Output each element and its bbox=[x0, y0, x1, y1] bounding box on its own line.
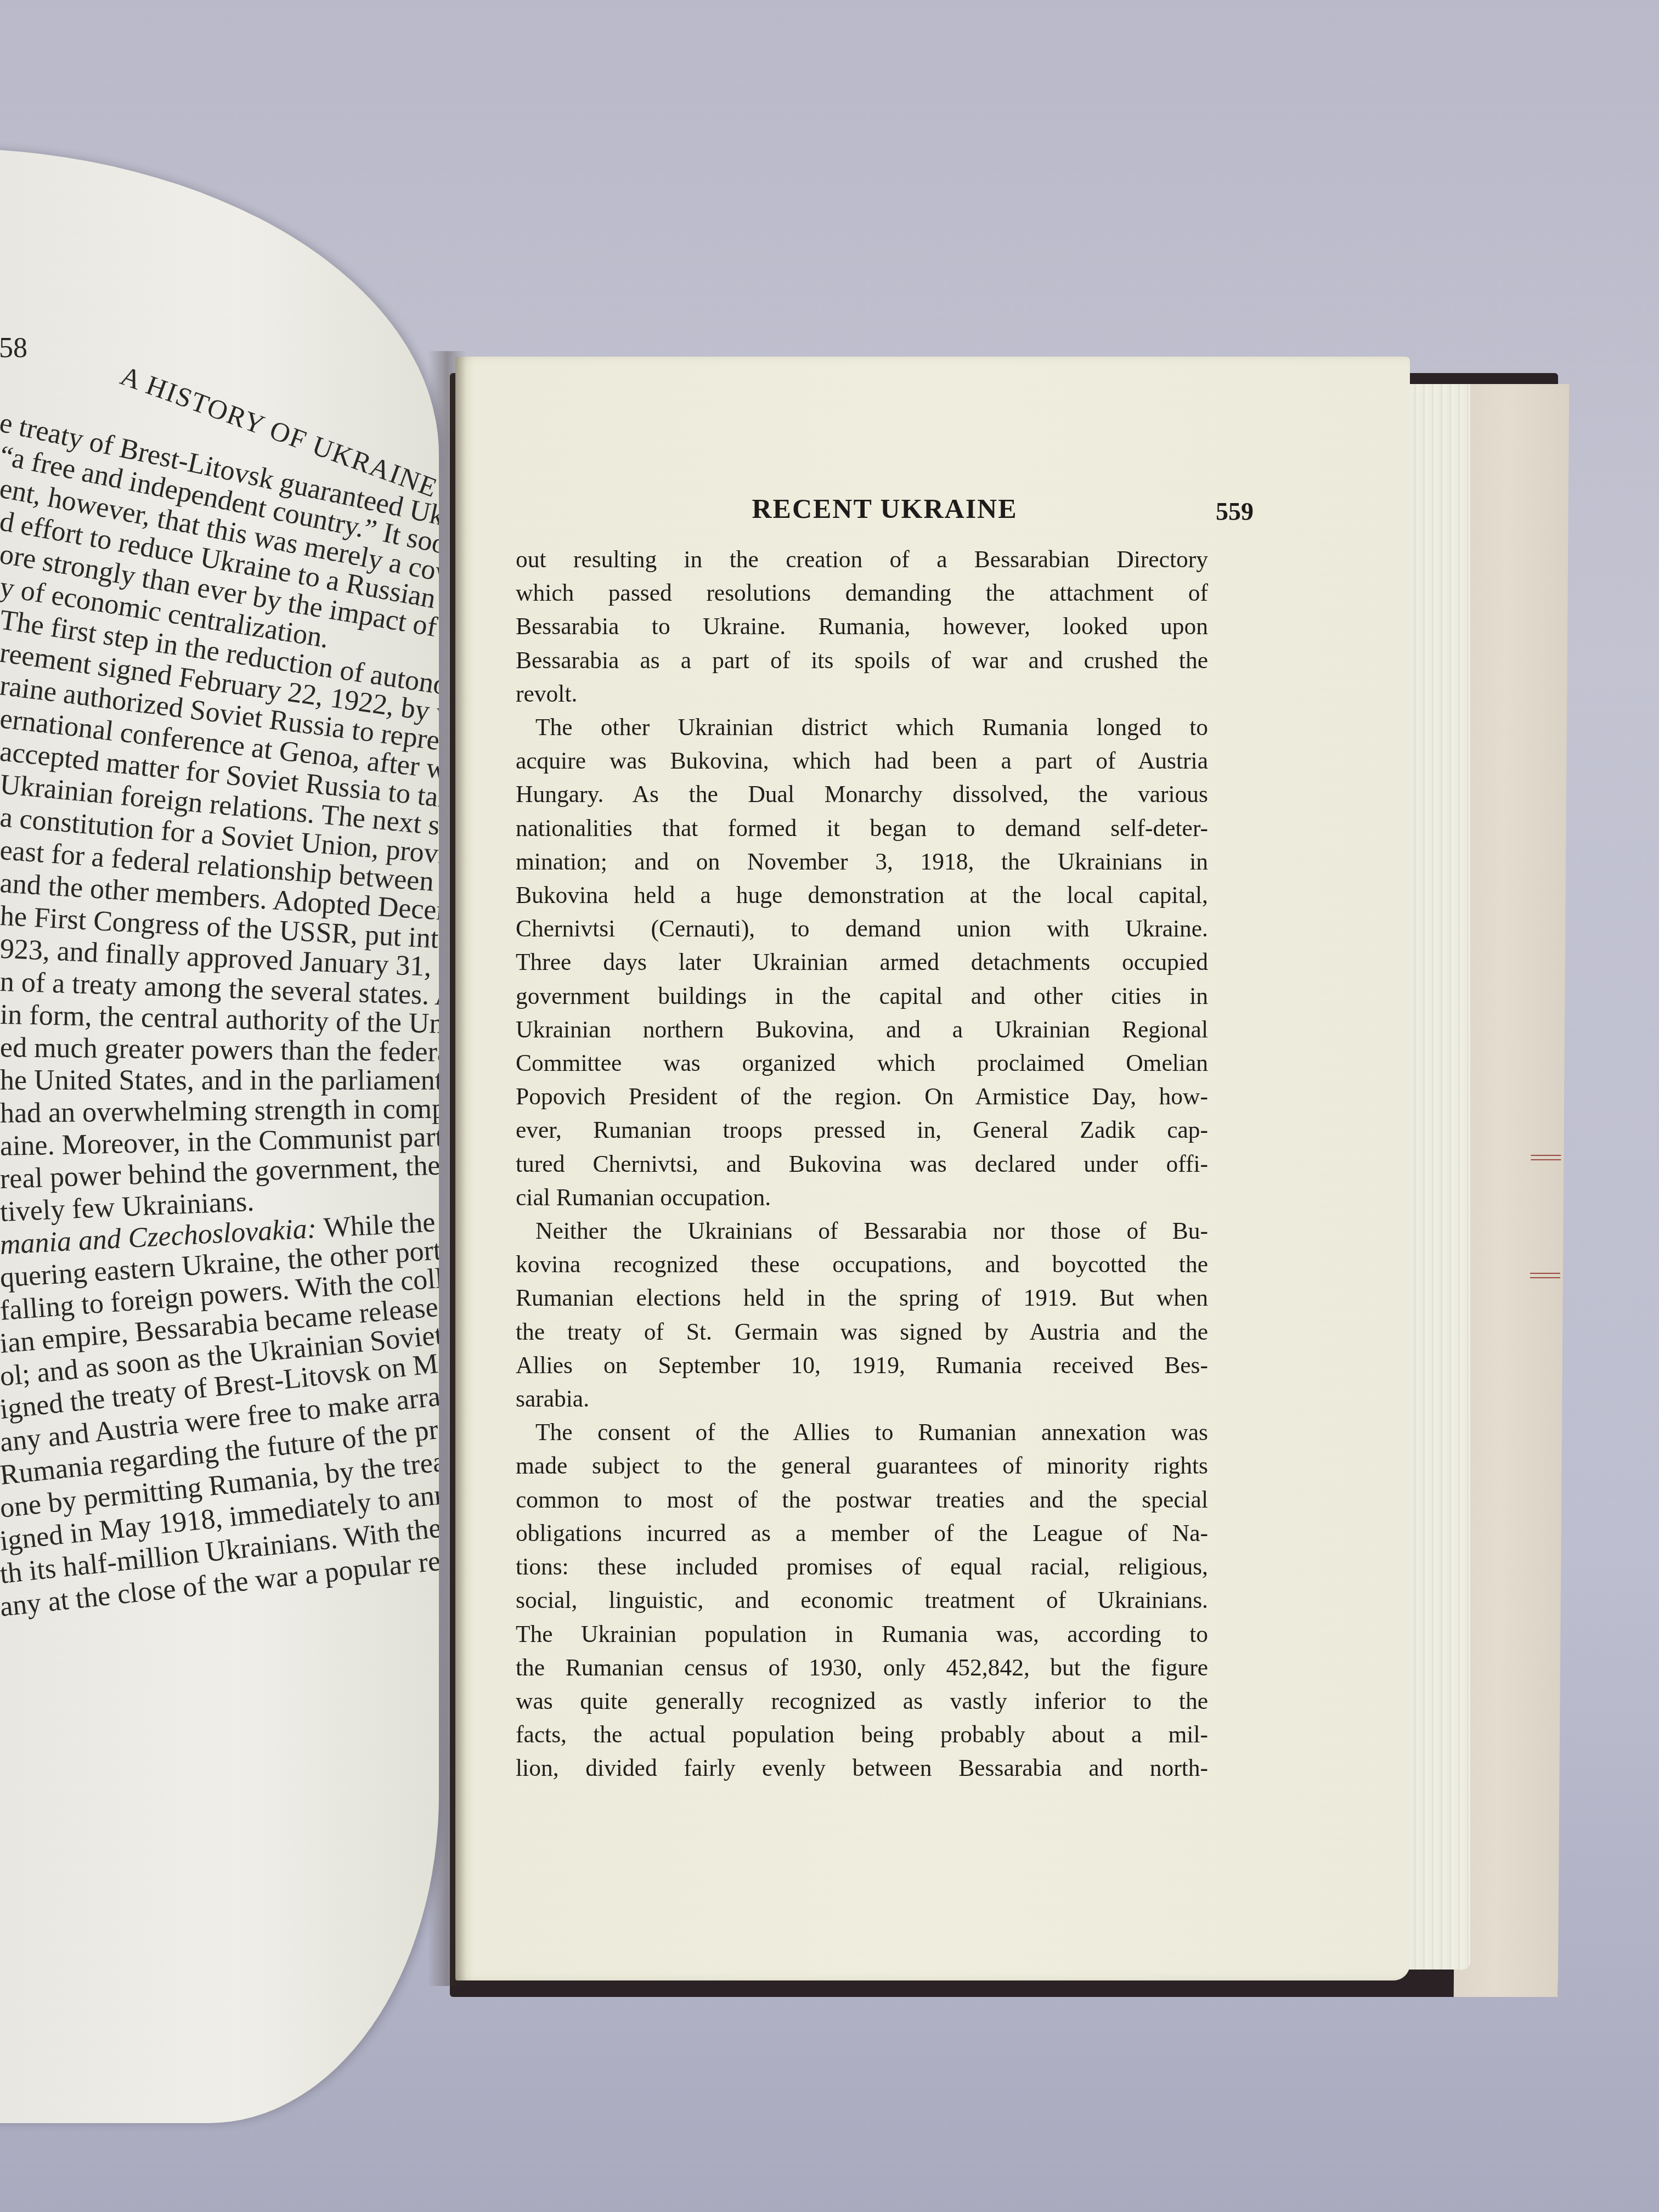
text-line: sarabia. bbox=[516, 1383, 1208, 1416]
text-line: Bessarabia to Ukraine. Rumania, however,… bbox=[516, 610, 1208, 644]
text-line: the Rumanian census of 1930, only 452,84… bbox=[516, 1651, 1208, 1685]
text-line: kovina recognized these occupations, and… bbox=[516, 1248, 1208, 1282]
text-line: Popovich President of the region. On Arm… bbox=[516, 1080, 1208, 1114]
text-line: The other Ukrainian district which Ruman… bbox=[516, 711, 1208, 744]
text-line: revolt. bbox=[516, 678, 1208, 711]
text-line: Allies on September 10, 1919, Rumania re… bbox=[516, 1349, 1208, 1383]
book-photo-scene: RECENT UKRAINE 559 out resulting in the … bbox=[0, 0, 1659, 2212]
left-page: 58 A HISTORY OF UKRAINE e treaty of Bres… bbox=[0, 148, 439, 2123]
text-line: Bessarabia as a part of its spoils of wa… bbox=[516, 644, 1208, 678]
text-line: common to most of the postwar treaties a… bbox=[516, 1483, 1208, 1517]
text-line: tured Chernivtsi, and Bukovina was decla… bbox=[516, 1148, 1208, 1181]
flap-rule-mark bbox=[1530, 1273, 1560, 1278]
text-line: he United States, and in the parliament … bbox=[0, 1064, 439, 1097]
text-line: acquire was Bukovina, which had been a p… bbox=[516, 744, 1208, 778]
right-page: RECENT UKRAINE 559 out resulting in the … bbox=[455, 357, 1410, 1980]
text-line: The consent of the Allies to Rumanian an… bbox=[516, 1416, 1208, 1449]
right-page-body-text: out resulting in the creation of a Bessa… bbox=[516, 543, 1208, 1786]
text-line: lion, divided fairly evenly between Bess… bbox=[516, 1752, 1208, 1785]
text-line: The Ukrainian population in Rumania was,… bbox=[516, 1618, 1208, 1651]
text-line: made subject to the general guarantees o… bbox=[516, 1449, 1208, 1483]
text-line: Three days later Ukrainian armed detachm… bbox=[516, 946, 1208, 979]
text-line: obligations incurred as a member of the … bbox=[516, 1517, 1208, 1550]
text-line: ed much greater powers than the federal … bbox=[0, 1031, 439, 1069]
text-line: Committee was organized which proclaimed… bbox=[516, 1047, 1208, 1080]
dust-jacket-flap bbox=[1454, 384, 1570, 1997]
text-line: Rumanian elections held in the spring of… bbox=[516, 1282, 1208, 1315]
text-line: Neither the Ukrainians of Bessarabia nor… bbox=[516, 1215, 1208, 1248]
text-line: social, linguistic, and economic treatme… bbox=[516, 1584, 1208, 1617]
running-head: RECENT UKRAINE bbox=[516, 493, 1254, 524]
page-number: 559 bbox=[1216, 497, 1254, 526]
left-page-body-text: e treaty of Brest-Litovsk guaranteed Ukr… bbox=[0, 406, 439, 1624]
text-line: government buildings in the capital and … bbox=[516, 980, 1208, 1013]
text-line: facts, the actual population being proba… bbox=[516, 1718, 1208, 1752]
text-line: which passed resolutions demanding the a… bbox=[516, 577, 1208, 610]
text-line: mination; and on November 3, 1918, the U… bbox=[516, 845, 1208, 879]
text-line: Hungary. As the Dual Monarchy dissolved,… bbox=[516, 778, 1208, 811]
page-number: 58 bbox=[0, 332, 27, 364]
text-line: nationalities that formed it began to de… bbox=[516, 812, 1208, 845]
text-line: tions: these included promises of equal … bbox=[516, 1550, 1208, 1584]
text-line: the treaty of St. Germain was signed by … bbox=[516, 1316, 1208, 1349]
text-line: was quite generally recognized as vastly… bbox=[516, 1685, 1208, 1718]
text-line: out resulting in the creation of a Bessa… bbox=[516, 543, 1208, 577]
text-line: cial Rumanian occupation. bbox=[516, 1181, 1208, 1215]
flap-rule-mark bbox=[1531, 1155, 1561, 1160]
text-line: Bukovina held a huge demonstration at th… bbox=[516, 879, 1208, 912]
right-page-header: RECENT UKRAINE 559 bbox=[516, 493, 1254, 531]
text-line: ever, Rumanian troops pressed in, Genera… bbox=[516, 1114, 1208, 1147]
text-line: Chernivtsi (Cernauti), to demand union w… bbox=[516, 912, 1208, 946]
text-line: Ukrainian northern Bukovina, and a Ukrai… bbox=[516, 1013, 1208, 1047]
